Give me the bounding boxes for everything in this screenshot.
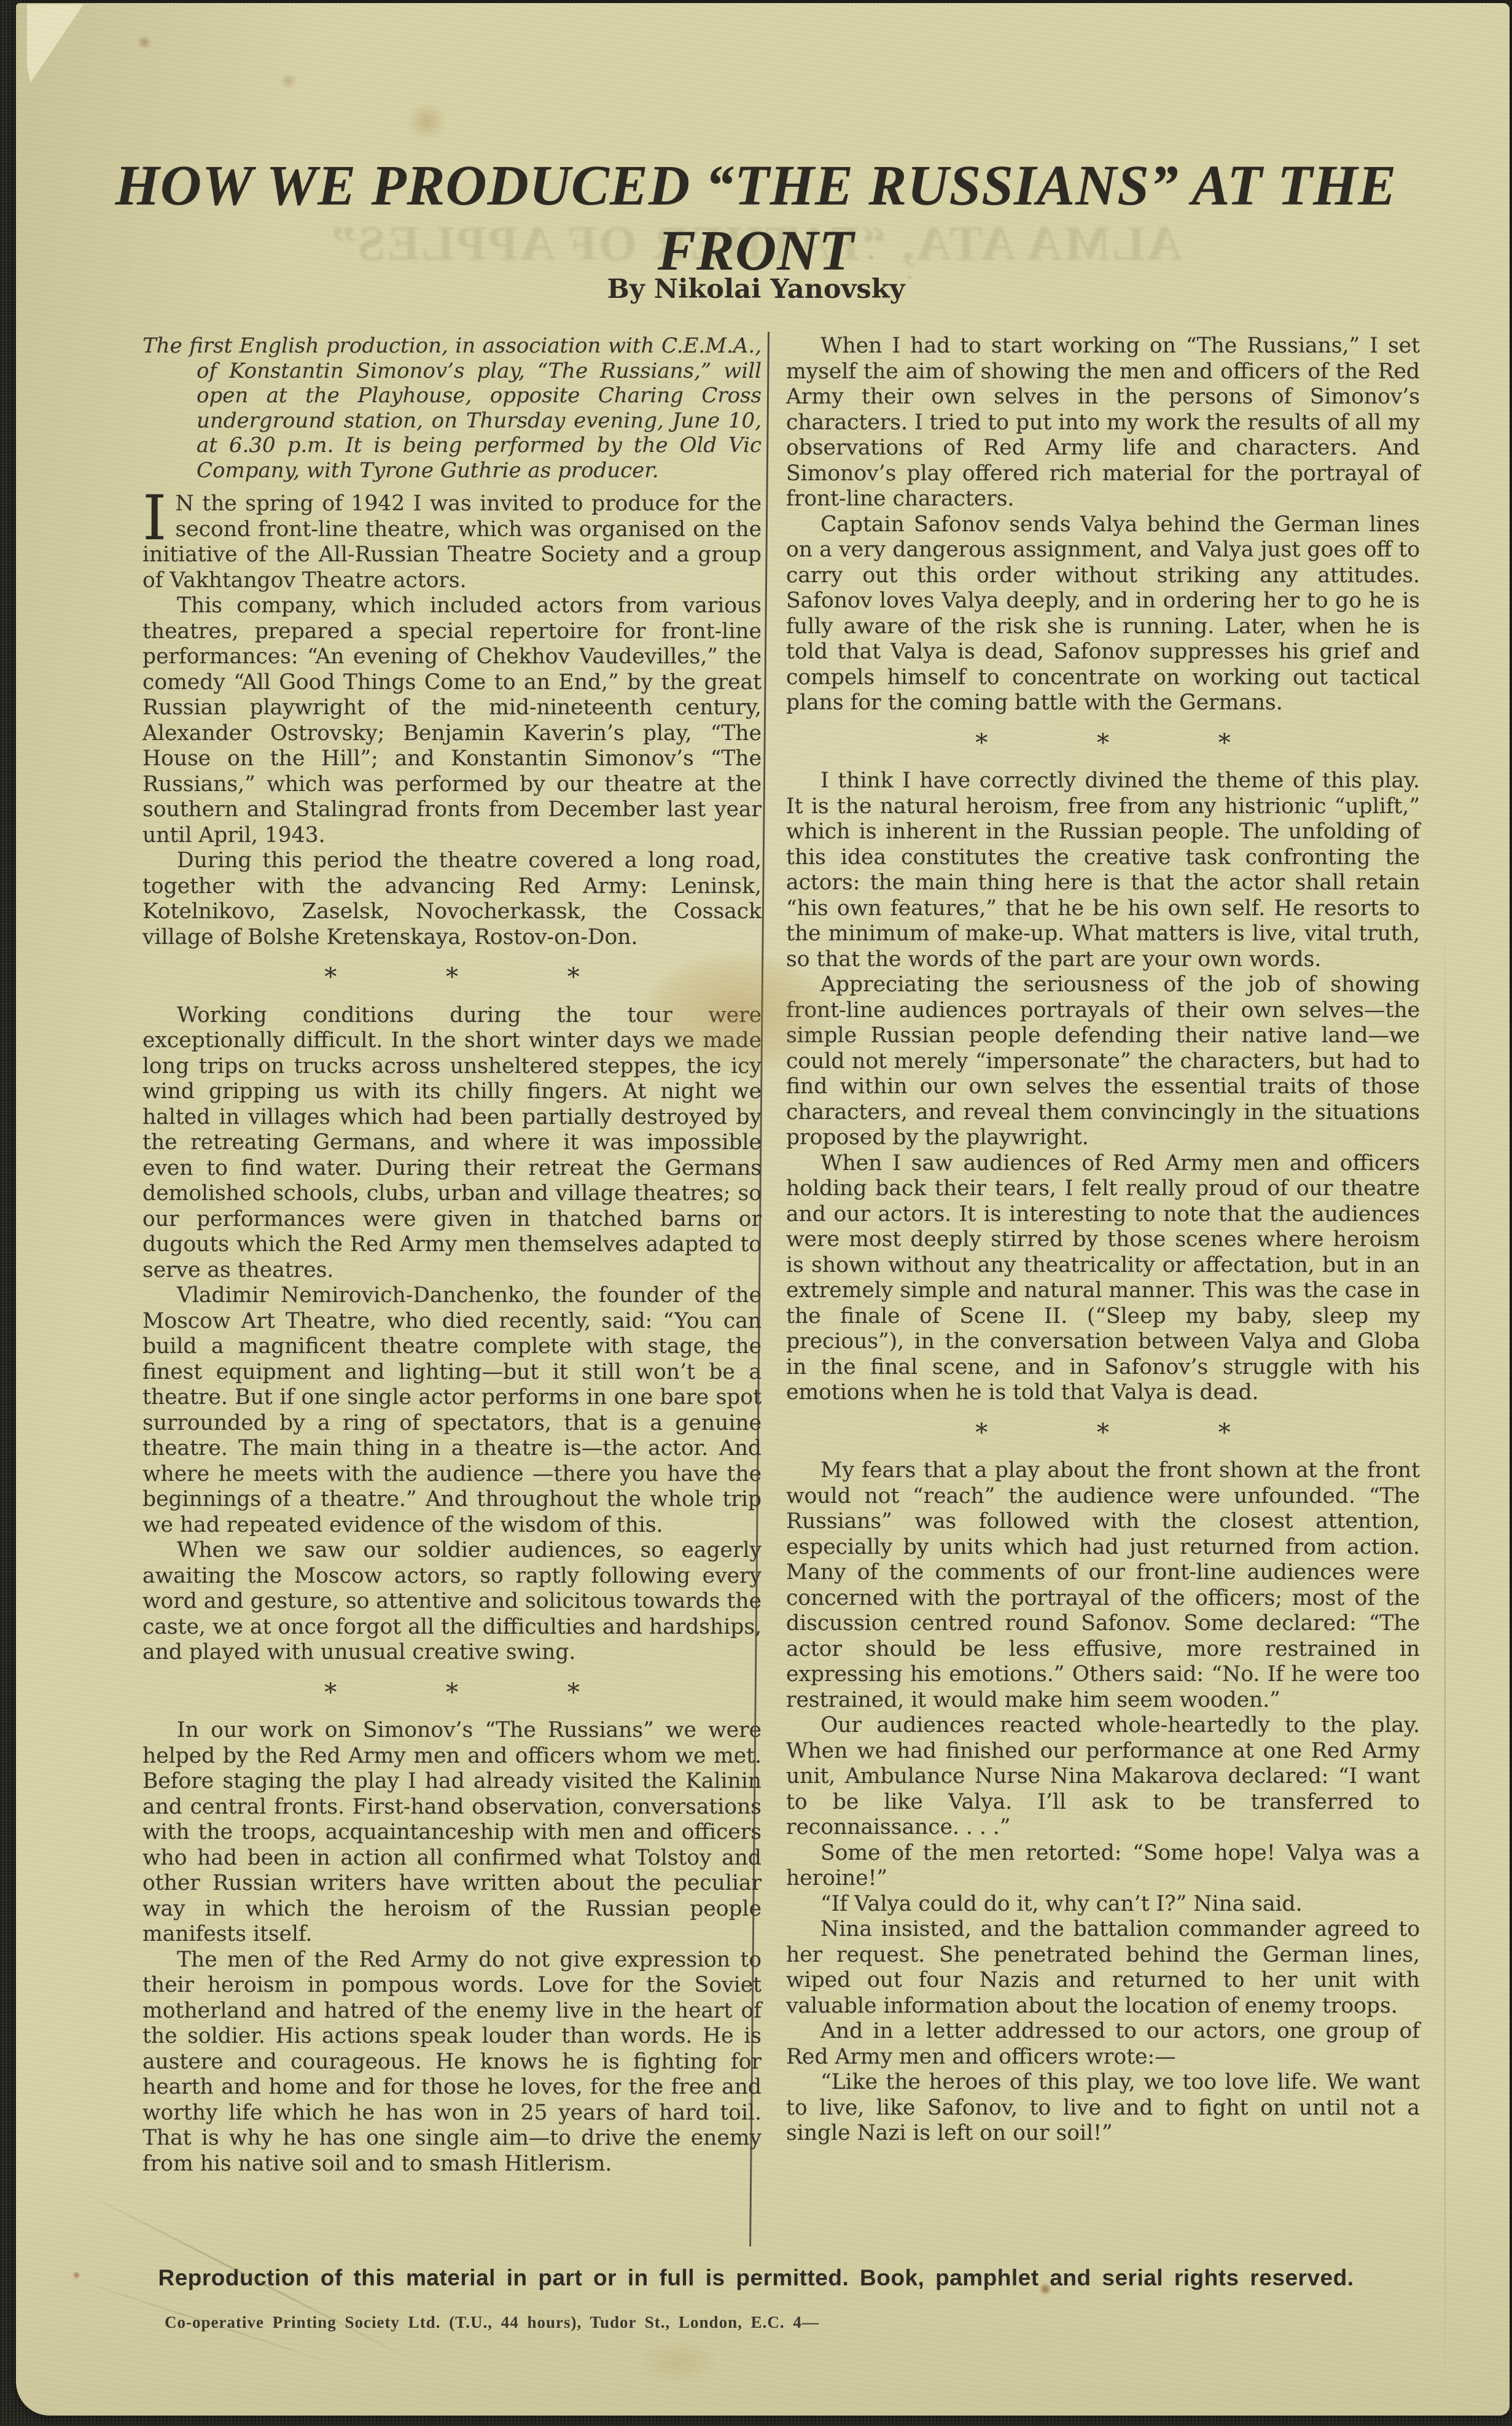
paragraph: When we saw our soldier audiences, so ea… — [142, 1538, 762, 1666]
paragraph: The men of the Red Army do not give expr… — [142, 1948, 762, 2177]
paragraph: Appreciating the seriousness of the job … — [786, 972, 1420, 1151]
page-title-line2: FRONT — [658, 219, 854, 283]
section-separator: * * * — [786, 1421, 1420, 1446]
paragraph: During this period the theatre covered a… — [142, 848, 762, 950]
rights-notice: Reproduction of this material in part or… — [0, 2265, 1512, 2291]
page-title-line1: HOW WE PRODUCED “THE RUSSIANS” AT THE — [115, 154, 1397, 217]
paragraph: And in a letter addressed to our actors,… — [786, 2019, 1420, 2070]
paragraph: Vladimir Nemirovich-Danchenko, the found… — [142, 1283, 762, 1538]
paragraph: This company, which included actors from… — [142, 593, 762, 848]
paragraph: Some of the men retorted: “Some hope! Va… — [786, 1841, 1420, 1892]
drop-cap-letter: I — [142, 491, 176, 540]
page-title: HOW WE PRODUCED “THE RUSSIANS” AT THE FR… — [0, 154, 1512, 284]
printer-imprint: Co-operative Printing Society Ltd. (T.U.… — [165, 2313, 819, 2332]
section-separator: * * * — [142, 965, 762, 991]
left-column: The first English production, in associa… — [142, 333, 762, 2177]
article-columns: The first English production, in associa… — [142, 333, 1420, 2177]
paragraph: “Like the heroes of this play, we too lo… — [786, 2070, 1420, 2147]
paragraph: When I saw audiences of Red Army men and… — [786, 1151, 1420, 1406]
paragraph: Nina insisted, and the battalion command… — [786, 1917, 1420, 2019]
right-column: When I had to start working on “The Russ… — [786, 333, 1420, 2147]
paragraph: I think I have correctly divined the the… — [786, 768, 1420, 972]
paragraph: Our audiences reacted whole-heartedly to… — [786, 1713, 1420, 1841]
drop-cap-text: N the spring of 1942 I was invited to pr… — [142, 491, 762, 593]
paragraph: IN the spring of 1942 I was invited to p… — [142, 491, 762, 593]
section-separator: * * * — [786, 731, 1420, 757]
byline: By Nikolai Yanovsky — [0, 274, 1512, 305]
paragraph: In our work on Simonov’s “The Russians” … — [142, 1718, 762, 1948]
paragraph: “If Valya could do it, why can’t I?” Nin… — [786, 1892, 1420, 1917]
section-separator: * * * — [142, 1680, 762, 1706]
paragraph: My fears that a play about the front sho… — [786, 1458, 1420, 1713]
intro-paragraph: The first English production, in associa… — [142, 333, 762, 483]
paragraph: Working conditions during the tour were … — [142, 1003, 762, 1284]
paragraph: When I had to start working on “The Russ… — [786, 333, 1420, 512]
paragraph: Captain Safonov sends Valya behind the G… — [786, 512, 1420, 716]
torn-corner — [27, 4, 84, 83]
